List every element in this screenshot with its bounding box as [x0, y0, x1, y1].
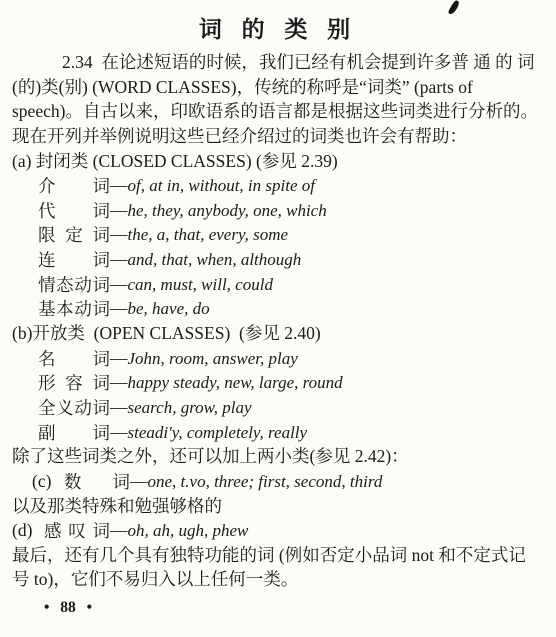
word-class-row-noun: 名词—John, room, answer, play [6, 346, 538, 371]
word-class-label: 副词 [38, 421, 110, 446]
section-a-heading: (a) 封闭类 (CLOSED CLASSES) (参见 2.39) [6, 149, 538, 174]
word-class-examples: one, t.vo, three; first, second, third [148, 472, 383, 491]
intro-line: 现在开列并举例说明这些已经介绍过的词类也许会有帮助： [6, 124, 538, 149]
word-class-examples: happy steady, new, large, round [128, 373, 343, 392]
word-class-row-modal-verb: 情态动词—can, must, will, could [6, 272, 538, 297]
word-class-examples: and, that, when, although [128, 250, 302, 269]
word-class-label: 介词 [38, 174, 110, 199]
word-class-row-numeral: (c)数词—one, t.vo, three; first, second, t… [6, 469, 538, 494]
additional-between: 以及那类特殊和勉强够格的 [6, 494, 538, 519]
word-class-examples: of, at in, without, in spite of [128, 176, 315, 195]
word-class-label: 感叹词 [44, 519, 110, 544]
item-prefix: (c) [32, 469, 64, 494]
em-dash: — [110, 249, 128, 269]
em-dash: — [110, 422, 128, 442]
word-class-examples: steadi'y, completely, really [128, 423, 308, 442]
word-class-examples: search, grow, play [128, 398, 252, 417]
word-class-label: 限定词 [38, 223, 110, 248]
word-class-label: 全义动词 [38, 396, 110, 421]
em-dash: — [110, 348, 128, 368]
word-class-label: 连词 [38, 248, 110, 273]
word-class-row-adjective: 形容词—happy steady, new, large, round [6, 370, 538, 395]
section-b-heading: (b)开放类 (OPEN CLASSES) (参见 2.40) [6, 321, 538, 346]
word-class-examples: he, they, anybody, one, which [128, 201, 327, 220]
word-class-label: 形容词 [38, 371, 110, 396]
word-class-label: 名词 [38, 347, 110, 372]
page-content: 2.34 在论述短语的时候，我们已经有机会提到许多普 通 的 词 (的)类(别)… [6, 50, 538, 592]
word-class-row-full-verb: 全义动词—search, grow, play [6, 395, 538, 420]
page-title: 词 的 类 别 [0, 11, 556, 44]
em-dash: — [110, 200, 128, 220]
em-dash: — [110, 224, 128, 244]
word-class-examples: John, room, answer, play [128, 349, 298, 368]
page-number: • 88 • [44, 599, 92, 617]
word-class-examples: the, a, that, every, some [128, 225, 289, 244]
word-class-label: 基本动词 [38, 297, 110, 322]
word-class-examples: be, have, do [128, 299, 210, 318]
scanned-page: 词 的 类 别 2.34 在论述短语的时候，我们已经有机会提到许多普 通 的 词… [0, 0, 556, 637]
em-dash: — [110, 298, 128, 318]
closing-line: 号 to)，它们不易归入以上任何一类。 [6, 567, 538, 592]
intro-line: speech)。自古以来，印欧语系的语言都是根据这些词类进行分析的。 [6, 99, 538, 124]
word-class-row-determiner: 限定词—the, a, that, every, some [6, 222, 538, 247]
em-dash: — [110, 397, 128, 417]
word-class-label: 情态动词 [38, 273, 110, 298]
word-class-label: 代词 [38, 199, 110, 224]
word-class-row-preposition: 介词—of, at in, without, in spite of [6, 173, 538, 198]
word-class-row-pronoun: 代词—he, they, anybody, one, which [6, 198, 538, 223]
em-dash: — [110, 274, 128, 294]
word-class-row-interjection: (d)感叹词—oh, ah, ugh, phew [6, 518, 538, 543]
word-class-row-conjunction: 连词—and, that, when, although [6, 247, 538, 272]
intro-line: 2.34 在论述短语的时候，我们已经有机会提到许多普 通 的 词 [6, 50, 538, 75]
word-class-row-adverb: 副词—steadi'y, completely, really [6, 420, 538, 445]
intro-line: (的)类(别) (WORD CLASSES)，传统的称呼是“词类” (parts… [6, 75, 538, 100]
em-dash: — [110, 520, 128, 540]
word-class-label: 数词 [64, 470, 130, 495]
closing-line: 最后，还有几个具有独特功能的词 (例如否定小品词 not 和不定式记 [6, 543, 538, 568]
em-dash: — [110, 372, 128, 392]
word-class-examples: can, must, will, could [128, 275, 273, 294]
em-dash: — [130, 471, 148, 491]
additional-lead: 除了这些词类之外，还可以加上两小类(参见 2.42)： [6, 444, 538, 469]
word-class-examples: oh, ah, ugh, phew [128, 521, 249, 540]
item-prefix: (d) [12, 518, 44, 543]
word-class-row-primary-verb: 基本动词—be, have, do [6, 296, 538, 321]
em-dash: — [110, 175, 128, 195]
